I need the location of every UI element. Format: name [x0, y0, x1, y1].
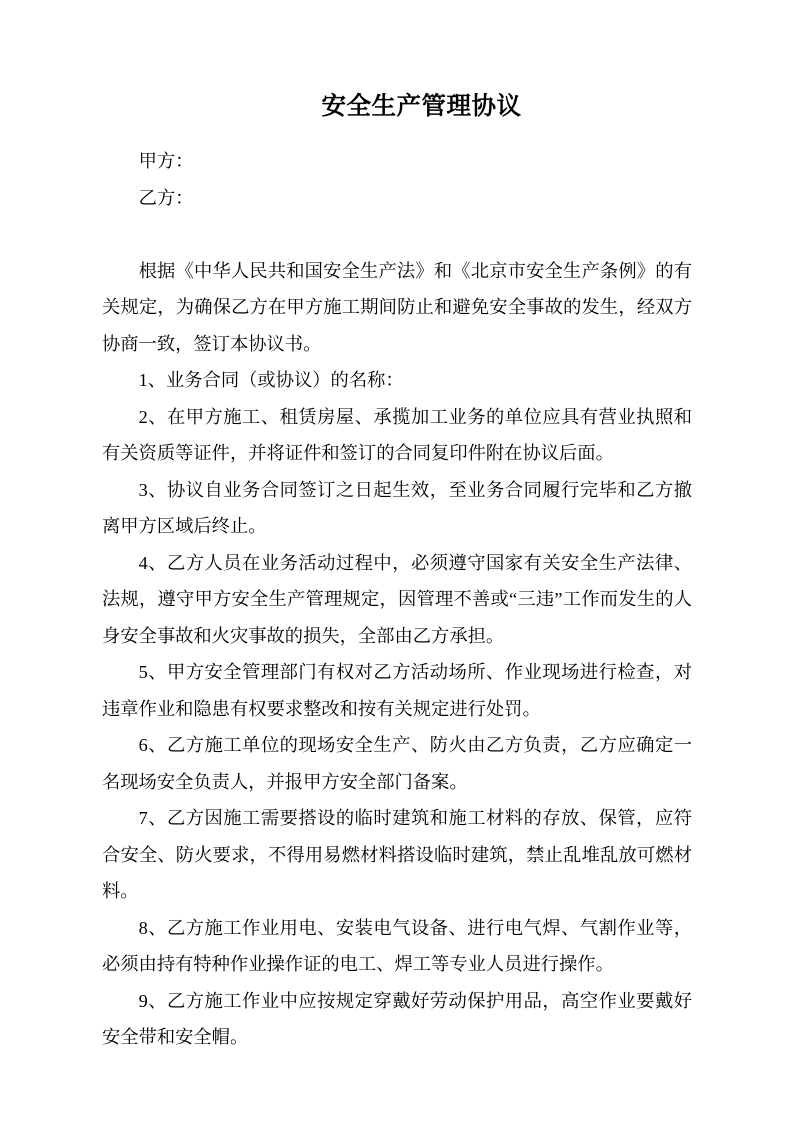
document-page: 安全生产管理协议 甲方： 乙方： 根据《中华人民共和国安全生产法》和《北京市安全…	[0, 0, 793, 1122]
clause-paragraph: 8、乙方施工作业用电、安装电气设备、进行电气焊、气割作业等，必须由持有特种作业操…	[102, 910, 692, 983]
clause-paragraph: 3、协议自业务合同签订之日起生效，至业务合同履行完毕和乙方撤离甲方区域后终止。	[102, 472, 692, 545]
clause-list: 1、业务合同（或协议）的名称：2、在甲方施工、租赁房屋、承揽加工业务的单位应具有…	[102, 362, 692, 1056]
party-b-line: 乙方：	[102, 180, 692, 217]
clause-paragraph: 2、在甲方施工、租赁房屋、承揽加工业务的单位应具有营业执照和有关资质等证件，并将…	[102, 399, 692, 472]
intro-paragraph: 根据《中华人民共和国安全生产法》和《北京市安全生产条例》的有关规定，为确保乙方在…	[102, 253, 692, 363]
party-a-line: 甲方：	[102, 143, 692, 180]
clause-paragraph: 9、乙方施工作业中应按规定穿戴好劳动保护用品，高空作业要戴好安全带和安全帽。	[102, 983, 692, 1056]
clause-paragraph: 4、乙方人员在业务活动过程中，必须遵守国家有关安全生产法律、法规，遵守甲方安全生…	[102, 545, 692, 655]
clause-paragraph: 5、甲方安全管理部门有权对乙方活动场所、作业现场进行检查，对违章作业和隐患有权要…	[102, 654, 692, 727]
blank-line-spacer	[102, 216, 692, 253]
clause-paragraph: 1、业务合同（或协议）的名称：	[102, 362, 692, 399]
clause-paragraph: 7、乙方因施工需要搭设的临时建筑和施工材料的存放、保管，应符合安全、防火要求，不…	[102, 800, 692, 910]
document-title: 安全生产管理协议	[102, 85, 692, 129]
clause-paragraph: 6、乙方施工单位的现场安全生产、防火由乙方负责，乙方应确定一名现场安全负责人，并…	[102, 727, 692, 800]
